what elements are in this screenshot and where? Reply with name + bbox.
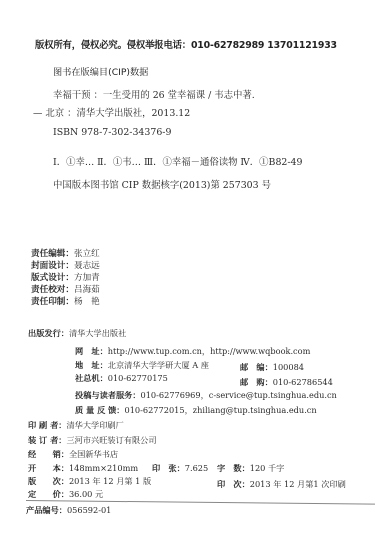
- binder-value: 三河市兴旺装订有限公司: [66, 435, 156, 445]
- service-value: 010-62776969，c-service@tup.tsinghua.edu.…: [141, 390, 337, 400]
- printing-value: 2013 年 12 月第1 次印刷: [250, 479, 346, 489]
- distributor-label: 经 销：: [28, 449, 69, 459]
- product-code-label: 产品编号：: [26, 505, 67, 515]
- switchboard-label: 社总机：: [75, 373, 108, 383]
- cip-classification: Ⅰ．①幸… Ⅱ．①韦… Ⅲ．①幸福－通俗读物 Ⅳ．①B82-49: [53, 154, 302, 168]
- address-value: 北京清华大学学研大厦 A 座: [108, 360, 209, 370]
- cip-title: 图书在版编目(CIP)数据: [53, 64, 148, 78]
- credit-label: 版式设计：: [31, 273, 74, 283]
- credit-label: 责任印制：: [31, 297, 74, 307]
- format-row: 开 本：148mm×210mm: [28, 463, 138, 474]
- service-row: 投稿与读者服务：010-62776969，c-service@tup.tsing…: [75, 390, 337, 401]
- words-value: 120 千字: [250, 463, 285, 473]
- postcode-label: 邮 编：: [240, 362, 273, 372]
- cip-verification: 中国版本图书馆 CIP 数据核字(2013)第 257303 号: [53, 177, 271, 191]
- copyright-notice: 版权所有，侵权必究。侵权举报电话：010-62782989 1370112193…: [35, 37, 337, 51]
- distributor-value: 全国新华书店: [69, 449, 118, 459]
- edition-value: 2013 年 12 月第 1 版: [69, 476, 151, 486]
- feedback-label: 质 量 反 馈：: [75, 405, 125, 415]
- publisher-value: 清华大学出版社: [69, 328, 126, 338]
- price-label: 定 价：: [28, 489, 69, 499]
- address-label: 地 址：: [75, 360, 108, 370]
- format-value: 148mm×210mm: [69, 463, 138, 473]
- address-row: 地 址：北京清华大学学研大厦 A 座: [75, 360, 209, 371]
- bottom-divider: [26, 500, 375, 505]
- credit-label: 责任编辑：: [31, 249, 74, 259]
- credit-row: 封面设计：聂志远: [31, 260, 100, 272]
- sheets-row: 印 张：7.625: [152, 463, 208, 474]
- printing-label: 印 次：: [217, 479, 250, 489]
- printer-row: 印 刷 者：清华大学印刷厂: [28, 420, 124, 431]
- sheets-label: 印 张：: [152, 463, 185, 473]
- words-label: 字 数：: [217, 463, 250, 473]
- words-row: 字 数：120 千字: [217, 463, 284, 474]
- website-row: 网 址：http://www.tup.com.cn，http://www.wqb…: [75, 346, 310, 357]
- binder-row: 装 订 者：三河市兴旺装订有限公司: [28, 435, 157, 446]
- credit-row: 责任校对：吕海茹: [31, 284, 100, 296]
- credit-row: 责任编辑：张立红: [31, 248, 100, 260]
- binder-label: 装 订 者：: [28, 435, 66, 445]
- credit-label: 责任校对：: [31, 285, 74, 295]
- product-code-value: 056592-01: [67, 505, 111, 515]
- postcode-row: 邮 编：100084: [240, 362, 304, 373]
- website-label: 网 址：: [75, 346, 108, 356]
- edition-row: 版 次：2013 年 12 月第 1 版: [28, 476, 151, 487]
- publisher-row: 出版发行：清华大学出版社: [28, 328, 126, 339]
- cip-isbn: ISBN 978-7-302-34376-9: [53, 127, 171, 138]
- postcode-value: 100084: [273, 362, 304, 372]
- credit-value: 张立红: [74, 249, 100, 259]
- credit-value: 吕海茹: [74, 285, 100, 295]
- feedback-value: 010-62772015，zhiliang@tup.tsinghua.edu.c…: [125, 405, 317, 415]
- credit-row: 责任印制：杨 艳: [31, 296, 100, 308]
- switchboard-value: 010-62770175: [108, 373, 168, 383]
- product-code: 产品编号：056592-01: [26, 505, 111, 516]
- mailorder-label: 邮 购：: [240, 377, 273, 387]
- mailorder-row: 邮 购：010-62786544: [240, 377, 333, 388]
- credit-value: 方加青: [74, 273, 100, 283]
- mailorder-value: 010-62786544: [273, 377, 333, 387]
- format-label: 开 本：: [28, 463, 69, 473]
- feedback-row: 质 量 反 馈：010-62772015，zhiliang@tup.tsingh…: [75, 405, 317, 416]
- switchboard-row: 社总机：010-62770175: [75, 373, 168, 384]
- publisher-label: 出版发行：: [28, 328, 69, 338]
- distributor-row: 经 销：全国新华书店: [28, 449, 118, 460]
- website-value: http://www.tup.com.cn，http://www.wqbook.…: [108, 346, 311, 356]
- printer-value: 清华大学印刷厂: [66, 420, 123, 430]
- edition-label: 版 次：: [28, 476, 69, 486]
- credit-label: 封面设计：: [31, 261, 74, 271]
- price-value: 36.00 元: [69, 489, 103, 499]
- printing-row: 印 次：2013 年 12 月第1 次印刷: [217, 479, 346, 490]
- credit-row: 版式设计：方加青: [31, 272, 100, 284]
- credit-value: 杨 艳: [74, 297, 100, 307]
- price-row: 定 价：36.00 元: [28, 489, 103, 500]
- service-label: 投稿与读者服务：: [75, 390, 141, 400]
- credits-block: 责任编辑：张立红 封面设计：聂志远 版式设计：方加青 责任校对：吕海茹 责任印制…: [31, 248, 100, 308]
- printer-label: 印 刷 者：: [28, 420, 66, 430]
- cip-book-title-line: 幸福干预 ：一生受用的 26 堂幸福课 / 韦志中著.: [53, 87, 255, 101]
- cip-publisher-line: — 北京 ：清华大学出版社，2013.12: [33, 105, 190, 119]
- sheets-value: 7.625: [185, 463, 208, 473]
- credit-value: 聂志远: [74, 261, 100, 271]
